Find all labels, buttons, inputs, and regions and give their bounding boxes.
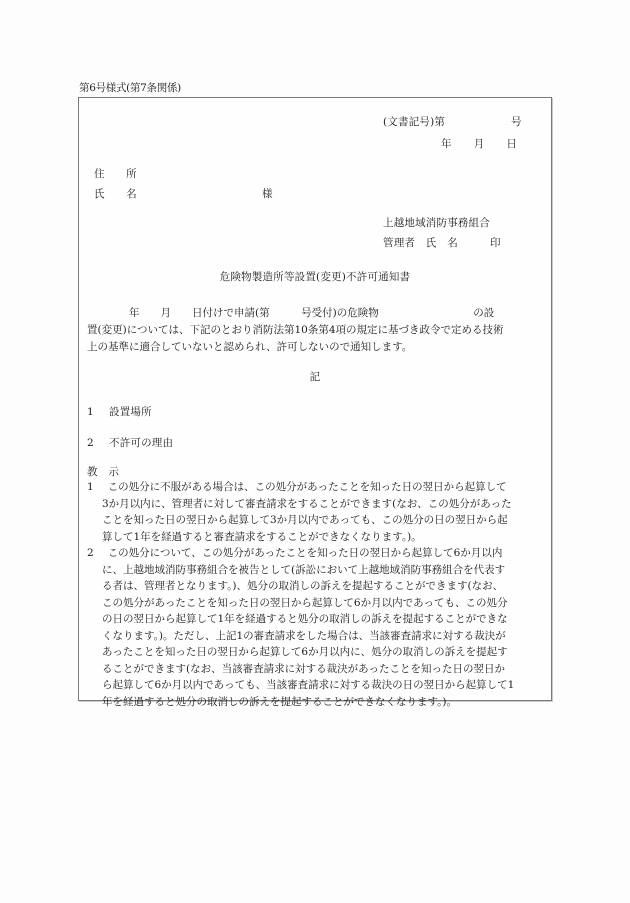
notice-entry-1: 1この処分に不服がある場合は、この処分があったことを知った日の翌日から起算して … [87,479,547,545]
recipient-honorific: 様 [262,186,273,201]
issue-date: 年月日 [441,136,517,151]
notice-line: 1この処分に不服がある場合は、この処分があったことを知った日の翌日から起算して [87,479,547,496]
item-installation-location: 1設置場所 [87,404,152,419]
date-day: 日 [506,136,517,151]
ki-heading: 記 [79,369,551,384]
body-line: 置(変更)については、下記のとおり消防法第10条第4項の規定に基づき政令で定める… [87,322,545,339]
notice-line: の日の翌日から起算して1年を経過すると処分の取消しの訴えを提起することができな [87,611,547,628]
notice-document-frame: (文書記号)第 号 年月日 住 所 氏 名 様 上越地域消防事務組合 管理者 氏… [78,97,552,701]
document-title: 危険物製造所等設置(変更)不許可通知書 [79,269,551,284]
date-year: 年 [441,136,452,151]
body-line: 年 月 日付けで申請(第 号受付)の危険物 の設 [87,305,545,322]
sender-organization: 上越地域消防事務組合 [383,215,490,230]
notice-line: 年を経過すると処分の取消しの訴えを提起することができなくなります。)。 [87,694,547,711]
notice-line: 算して1年を経過すると審査請求をすることができなくなります。)。 [87,529,547,546]
item-label: 設置場所 [109,406,152,418]
notice-line: る者は、管理者となります。)、処分の取消しの訴えを提起することができます(なお、 [87,578,547,595]
document-number: (文書記号)第 号 [383,114,445,129]
body-line: 上の基準に適合していないと認められ、許可しないので通知します。 [87,339,545,356]
item-rejection-reason: 2不許可の理由 [87,435,173,450]
notice-heading: 教 示 [87,464,119,479]
item-label: 不許可の理由 [109,437,173,449]
notice-line: ことを知った日の翌日から起算して3か月以内であっても、この処分の日の翌日から起 [87,512,547,529]
recipient-name-label: 氏 名 [94,186,137,201]
notice-line: 3か月以内に、管理者に対して審査請求をすることができます(なお、この処分があった [87,496,547,513]
notice-entry-number: 2 [87,547,94,559]
notice-line: この処分があったことを知った日の翌日から起算して6か月以内であっても、この処分 [87,595,547,612]
notice-body: 年 月 日付けで申請(第 号受付)の危険物 の設 置(変更)については、下記のと… [87,305,545,356]
document-number-suffix: 号 [511,114,522,129]
sender-manager-seal: 管理者 氏 名 印 [383,235,501,250]
notice-line: に、上越地域消防事務組合を被告として(訴訟において上越地域消防事務組合を代表す [87,562,547,579]
item-number: 1 [87,406,109,418]
notice-entry-number: 1 [87,481,94,493]
date-month: 月 [474,136,485,151]
notice-line: あったことを知った日の翌日から起算して6か月以内に、処分の取消しの訴えを提起す [87,644,547,661]
notice-line: 2この処分について、この処分があったことを知った日の翌日から起算して6か月以内 [87,545,547,562]
notice-line: ら起算して6か月以内であっても、当該審査請求に対する裁決の日の翌日から起算して1 [87,677,547,694]
notice-line: ることができます(なお、当該審査請求に対する裁決があったことを知った日の翌日か [87,661,547,678]
recipient-address-label: 住 所 [94,166,137,181]
notice-entry-2: 2この処分について、この処分があったことを知った日の翌日から起算して6か月以内 … [87,545,547,710]
notice-line: くなります。)。ただし、上記1の審査請求をした場合は、当該審査請求に対する裁決が [87,628,547,645]
form-number-label: 第6号様式(第7条関係) [79,80,181,95]
item-number: 2 [87,437,109,449]
document-number-prefix: (文書記号)第 [383,116,445,128]
